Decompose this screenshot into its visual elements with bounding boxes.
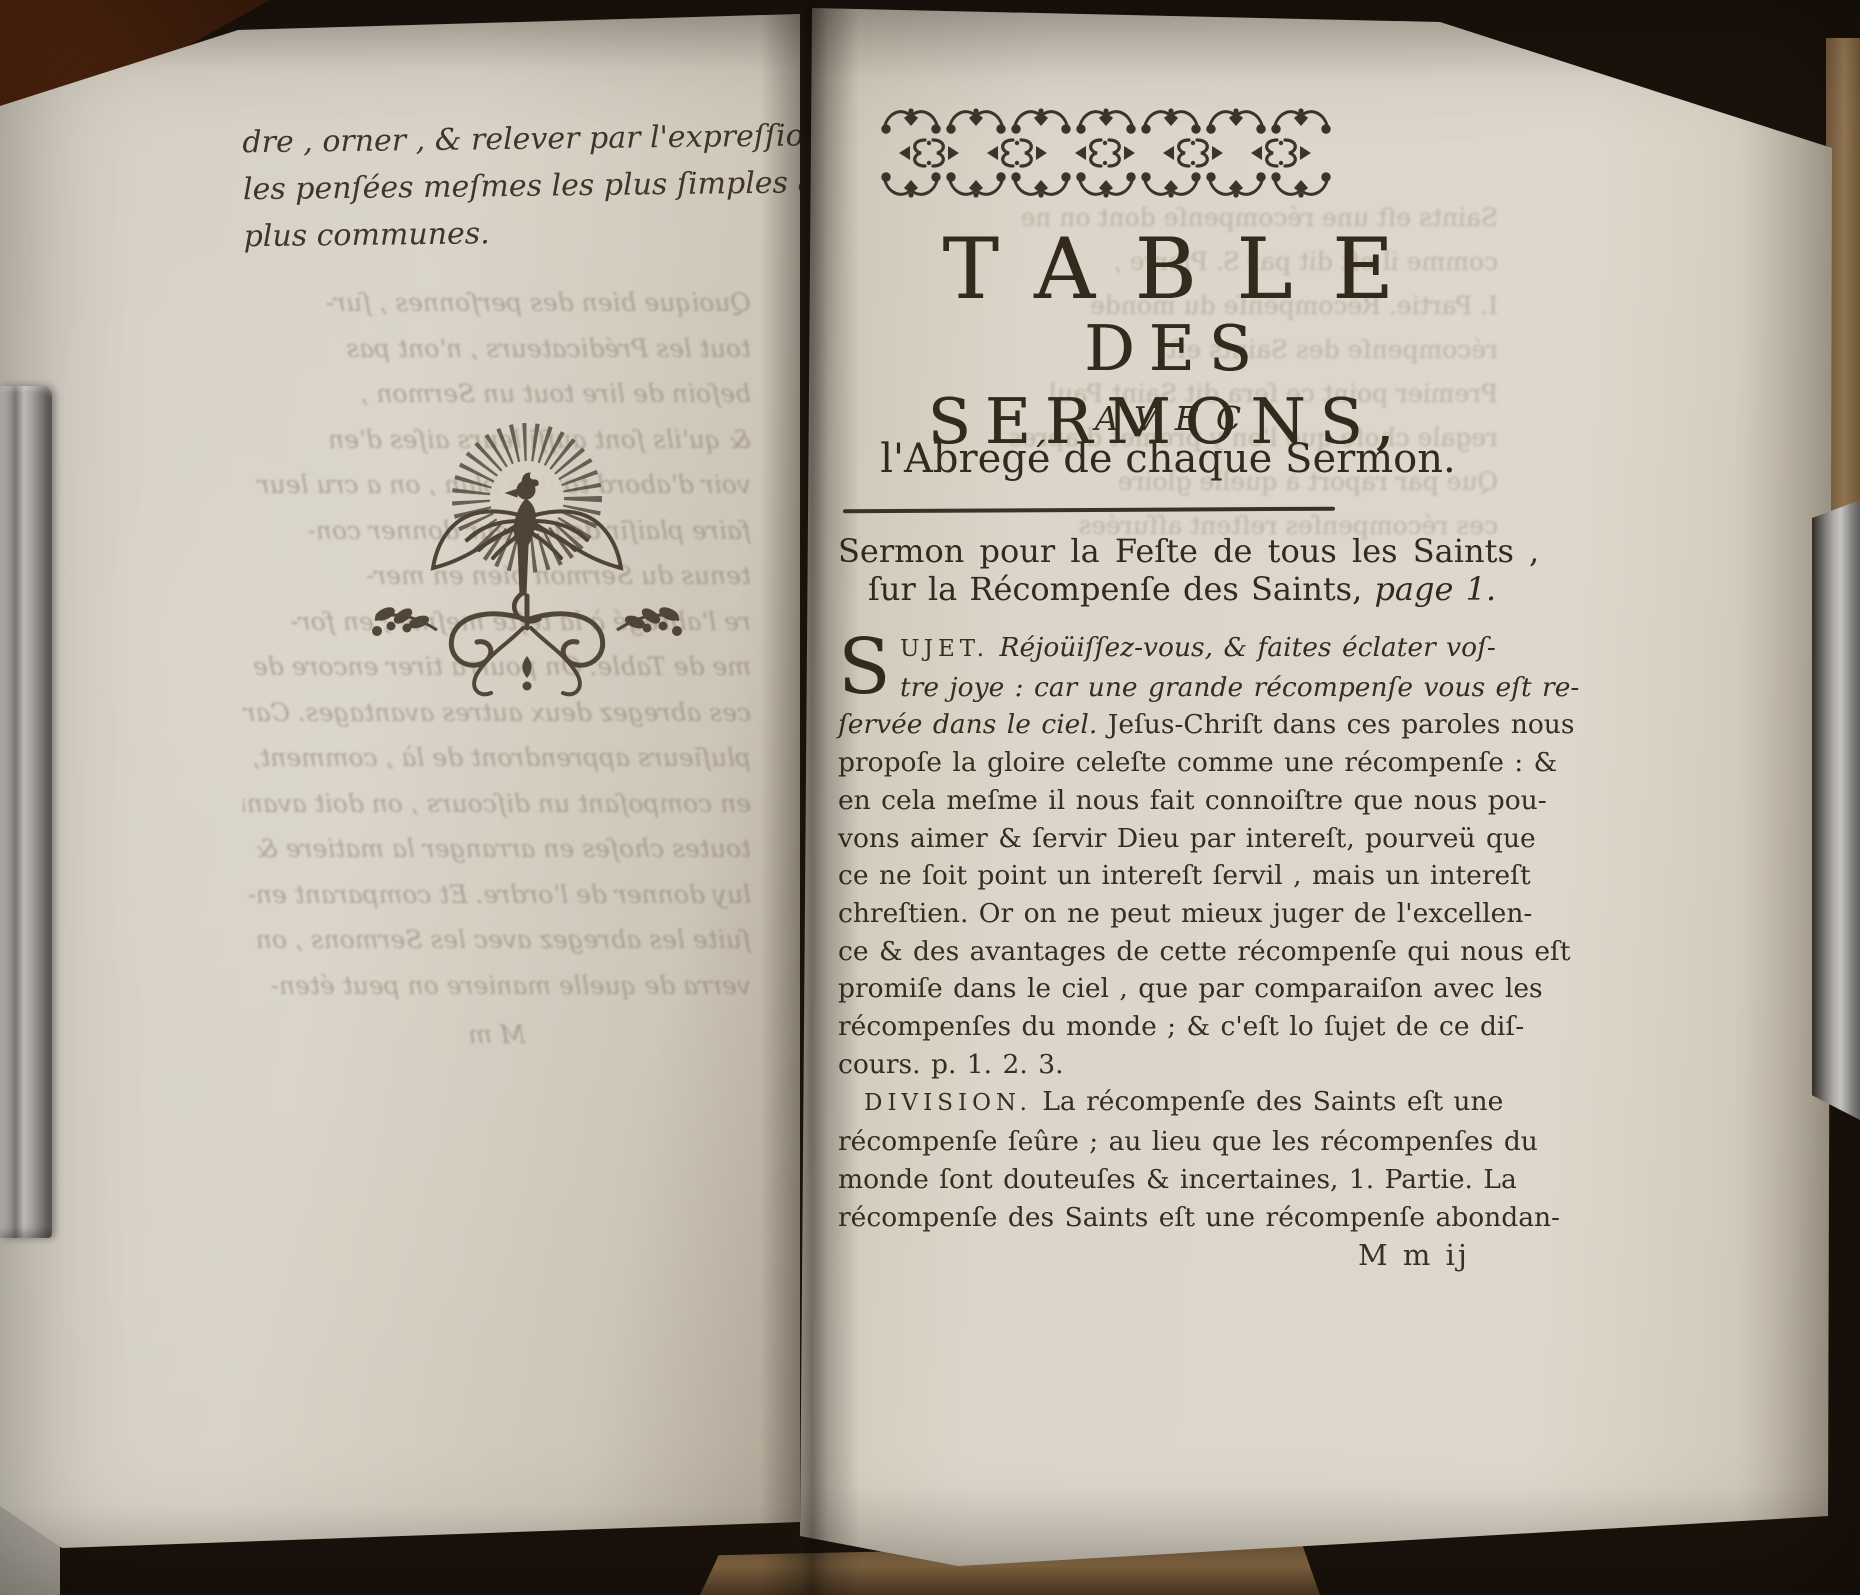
body-text: UJET. Réjoüiſſez-vous, & faites éclater … [838,629,1552,1236]
scrollwork [451,596,602,694]
sprig-left [374,607,438,635]
metal-clip-left [0,386,52,1238]
fleuron-headpiece [798,102,1412,206]
body-line: UJET. Réjoüiſſez-vous, & faites éclater … [838,629,1552,669]
body-line: monde ſont douteuſes & incertaines, 1. P… [838,1161,1552,1199]
body-line: en cela meſme il nous fait connoiſtre qu… [838,782,1552,820]
phoenix-emblem-ornament [322,420,732,710]
left-page: Quoique bien des perſonnes , ſur-tout le… [0,0,800,1595]
sermon-entry-heading: Sermon pour la Feſte de tous les Saints … [838,533,1553,608]
body-line: propoſe la gloire celeſte comme une réco… [838,744,1552,782]
avec-subtitle: AVEC [838,399,1498,438]
open-book-photo: Quoique bien des perſonnes , ſur-tout le… [0,0,1860,1595]
body-line: récompenſes du monde ; & c'eſt lo ſujet … [838,1008,1552,1046]
showthrough-line: tout les Prédicateurs , n'ont pas [243,326,751,372]
fleuron-row-middle [899,140,1311,166]
body-line: vons aimer & ſervir Dieu par intereſt, p… [838,820,1552,858]
paragraph-line: plus communes. [243,207,774,260]
showthrough-line: M m [243,1012,751,1058]
showthrough-line: luy donner de l'ordre. Et comparant en- [243,872,751,918]
pendant [523,656,532,678]
body-line: promiſe dans le ciel , que par comparaiſ… [838,970,1552,1008]
body-line: ce ne ſoit point un intereſt ſervil , ma… [838,857,1552,895]
showthrough-line: verra de quelle maniere on peut éten- [243,963,751,1009]
body-line: ſervée dans le ciel. Jeſus-Chriſt dans c… [838,706,1552,744]
left-page-paragraph: dre , orner , & relever par l'expreſſion… [242,113,774,260]
fleuron-row-bottom [883,174,1329,198]
gathering-signature: M m ij [1358,1238,1578,1272]
showthrough-line: Quoique bien des perſonnes , ſur- [243,280,751,326]
entry-line: ſur la Récompenſe des Saints, page 1. [838,571,1553,609]
body-line: récompenſe ſeûre ; au lieu que les récom… [838,1123,1552,1161]
paragraph-line: dre , orner , & relever par l'expreſſion [242,113,773,166]
body-line: cours. p. 1. 2. 3. [838,1046,1552,1084]
body-line: chreſtien. Or on ne peut mieux juger de … [838,895,1552,933]
body-line: DIVISION. La récompenſe des Saints eſt u… [838,1083,1552,1123]
table-title: TABLE [838,220,1498,318]
paragraph-line: les penſées meſmes les plus ſimples & le… [243,160,774,213]
body-line: récompenſe des Saints eſt une récompenſe… [838,1199,1552,1237]
body-line: tre joye : car une grande récompenſe vou… [838,669,1552,707]
showthrough-line: pluſieurs apprendront de là , comment, [243,735,751,781]
fleuron-row-top [883,108,1329,132]
horizontal-rule [843,507,1335,513]
body-line: ce & des avantages de cette récompenſe q… [838,933,1552,971]
showthrough-line: beſoin de lire tout un Sermon , [243,371,751,417]
right-page: Saints eſt une récompenſe dont on necomm… [798,0,1860,1595]
abrege-subtitle: l'Abregé de chaque Sermon. [838,436,1498,482]
showthrough-line: toutes choſes en arranger la matiere & [243,826,751,872]
metal-clip-right [1812,500,1860,1120]
entry-line: Sermon pour la Feſte de tous les Saints … [838,533,1553,571]
fleuron-band-icon [875,102,1335,206]
showthrough-line: ſuite les abregez avec les Sermons , on [243,917,751,963]
showthrough-line: en compoſant un diſcours , on doit avant [243,781,751,827]
